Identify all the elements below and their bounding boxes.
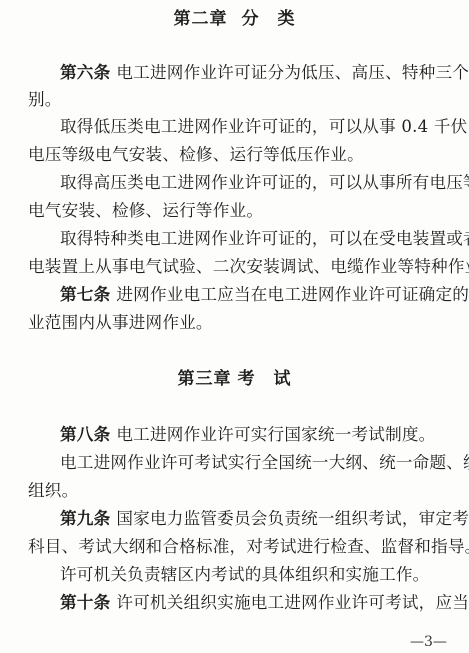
paragraph-text: 电工进网作业许可实行国家统一考试制度。	[116, 425, 435, 444]
article-label: 第八条	[60, 425, 110, 444]
chapter-title: 分 类	[242, 9, 296, 29]
paragraph-line: 取得高压类电工进网作业许可证的，可以从事所有电压等级	[60, 172, 469, 194]
paragraph-line: 取得低压类电工进网作业许可证的，可以从事 0.4 千伏以下	[60, 116, 469, 138]
paragraph-text: 许可机关组织实施电工进网作业许可考试，应当公	[116, 593, 469, 612]
paragraph-text: 国家电力监管委员会负责统一组织考试，审定考试	[116, 509, 469, 528]
paragraph-line: 第八条电工进网作业许可实行国家统一考试制度。	[60, 424, 469, 446]
chapter-number: 第二章	[174, 9, 228, 29]
paragraph-text: 电工进网作业许可证分为低压、高压、特种三个类	[116, 63, 469, 82]
page-number: —3—	[410, 633, 447, 651]
chapter-number: 第三章	[178, 369, 232, 389]
chapter-heading: 第三章考 试	[0, 368, 469, 390]
paragraph-line: 电装置上从事电气试验、二次安装调试、电缆作业等特种作业。	[28, 256, 440, 278]
article-label: 第六条	[60, 63, 110, 82]
paragraph-line: 第七条进网作业电工应当在电工进网作业许可证确定的作	[60, 284, 469, 306]
article-label: 第十条	[60, 593, 110, 612]
chapter-title: 考 试	[238, 369, 292, 389]
document-page: 第二章分 类 第六条电工进网作业许可证分为低压、高压、特种三个类 别。 取得低压…	[0, 0, 469, 653]
article-label: 第七条	[60, 285, 110, 304]
paragraph-line: 第九条国家电力监管委员会负责统一组织考试，审定考试	[60, 508, 469, 530]
paragraph-line: 科目、考试大纲和合格标准，对考试进行检查、监督和指导。	[28, 536, 440, 558]
paragraph-line: 第六条电工进网作业许可证分为低压、高压、特种三个类	[60, 62, 469, 84]
paragraph-line: 业范围内从事进网作业。	[28, 312, 440, 334]
paragraph-line: 电压等级电气安装、检修、运行等低压作业。	[28, 144, 440, 166]
paragraph-line: 电工进网作业许可考试实行全国统一大纲、统一命题、统一	[60, 452, 469, 474]
paragraph-line: 组织。	[28, 480, 440, 502]
paragraph-line: 电气安装、检修、运行等作业。	[28, 200, 440, 222]
article-label: 第九条	[60, 509, 110, 528]
paragraph-text: 进网作业电工应当在电工进网作业许可证确定的作	[116, 285, 469, 304]
paragraph-line: 取得特种类电工进网作业许可证的，可以在受电装置或者送	[60, 228, 469, 250]
paragraph-line: 第十条许可机关组织实施电工进网作业许可考试，应当公	[60, 592, 469, 614]
paragraph-line: 许可机关负责辖区内考试的具体组织和实施工作。	[60, 564, 469, 586]
chapter-heading: 第二章分 类	[0, 8, 469, 30]
paragraph-line: 别。	[28, 89, 440, 111]
